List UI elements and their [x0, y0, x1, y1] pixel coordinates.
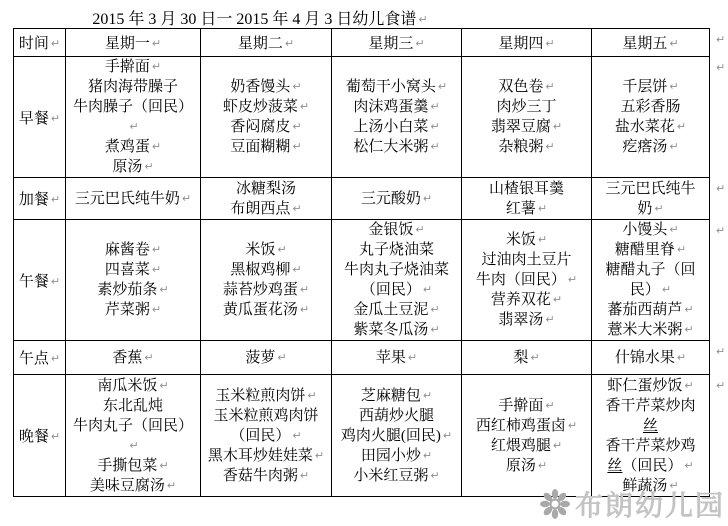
dish-line: 米饭↵: [464, 230, 589, 250]
dish-line: 糖醋里脊↵: [594, 240, 707, 260]
dish-line: 三元酸奶↵: [334, 189, 459, 209]
cell-afternoon-snack-thursday: 梨↵: [462, 341, 592, 375]
dish-line: 玉米粒煎肉饼↵: [203, 386, 329, 406]
dish-line: 香菇牛肉粥↵: [203, 466, 329, 486]
paragraph-mark: ↵: [152, 243, 161, 256]
paragraph-mark: ↵: [292, 120, 301, 133]
paragraph-mark: ↵: [152, 37, 161, 50]
paragraph-mark: ↵: [684, 323, 693, 336]
dish-line: 原汤↵: [464, 456, 589, 476]
dish-line: 什锦水果↵: [594, 348, 707, 368]
dish-line: 葡萄干小窝头↵: [334, 77, 459, 97]
paragraph-mark: ↵: [152, 60, 161, 73]
paragraph-mark: ↵: [423, 449, 432, 462]
dish-line: 菠萝↵: [203, 348, 329, 368]
dish-line: 美味豆腐汤↵: [68, 476, 198, 496]
dish-line: 红薯↵: [464, 199, 589, 219]
paragraph-mark: ↵: [292, 140, 301, 153]
header-row: 时间↵星期一↵星期二↵星期三↵星期四↵星期五↵: [14, 29, 710, 57]
dish-line: 松仁大米粥↵: [334, 137, 459, 157]
dish-line: 米饭↵: [203, 240, 329, 260]
paragraph-mark: ↵: [129, 439, 138, 452]
dish-line: 苹果↵: [334, 348, 459, 368]
dish-line: 杂粮粥↵: [464, 137, 589, 157]
paragraph-mark: ↵: [277, 351, 286, 364]
paragraph-mark: ↵: [423, 192, 432, 205]
paragraph-mark: ↵: [300, 100, 309, 113]
cell-lunch-friday: 小馒头↵糖醋里脊↵糖醋丸子（回民）↵蕃茄西葫芦↵薏米大米粥↵: [592, 220, 710, 341]
cell-afternoon-snack-tuesday: 菠萝↵: [201, 341, 332, 375]
dish-line: 鸡肉火腿(回民)↵: [334, 426, 459, 446]
paragraph-mark: ↵: [300, 283, 309, 296]
paragraph-mark: ↵: [152, 303, 161, 316]
dish-line: 牛肉臊子（回民）↵: [68, 97, 198, 137]
paragraph-mark: ↵: [159, 283, 168, 296]
paragraph-mark: ↵: [51, 193, 60, 206]
dish-line: （回民）↵: [334, 280, 459, 300]
cell-breakfast-monday: 手擀面↵猪肉海带臊子牛肉臊子（回民）↵煮鸡蛋↵原汤↵: [66, 57, 201, 178]
paragraph-mark: ↵: [159, 379, 168, 392]
paragraph-mark: ↵: [684, 379, 693, 392]
dish-line: 原汤↵: [68, 157, 198, 177]
row-label-dinner: 晚餐↵: [14, 375, 66, 497]
dish-line: 芝麻糖包↵: [334, 386, 459, 406]
paragraph-mark: ↵: [684, 303, 693, 316]
dish-line: 红煨鸡腿↵: [464, 436, 589, 456]
dish-line: 千层饼↵: [594, 77, 707, 97]
dish-line: 虾仁蛋炒饭↵: [594, 376, 707, 396]
paragraph-mark: ↵: [654, 202, 663, 215]
cell-dinner-thursday: 手擀面↵西红柿鸡蛋卤↵红煨鸡腿↵原汤↵: [462, 375, 592, 497]
dish-line: 黑木耳炒娃娃菜↵: [203, 446, 329, 466]
paragraph-mark: ↵: [51, 112, 60, 125]
menu-row-dinner: 晚餐↵南瓜米饭↵东北乱炖牛肉丸子（回民）↵手撕包菜↵美味豆腐汤↵玉米粒煎肉饼↵玉…: [14, 375, 710, 497]
menu-table-header: 时间↵星期一↵星期二↵星期三↵星期四↵星期五↵: [14, 29, 710, 57]
dish-line: 丝（回民）↵: [594, 456, 707, 476]
underlined-text: 丝: [643, 418, 658, 434]
dish-line: 翡翠豆腐↵: [464, 117, 589, 137]
menu-row-afternoon-snack: 午点↵香蕉↵菠萝↵苹果↵梨↵什锦水果↵: [14, 341, 710, 375]
paragraph-mark: ↵: [716, 61, 725, 74]
dish-line: 翡翠汤↵: [464, 310, 589, 330]
dish-line: 丸子烧油菜: [334, 240, 459, 260]
dish-line: 西葫炒火腿: [334, 406, 459, 426]
paragraph-mark: ↵: [285, 37, 294, 50]
dish-line: 小米红豆粥↵: [334, 466, 459, 486]
paragraph-mark: ↵: [677, 243, 686, 256]
dish-line: 黑椒鸡柳↵: [203, 260, 329, 280]
paragraph-mark: ↵: [277, 243, 286, 256]
paragraph-mark: ↵: [167, 479, 176, 492]
dish-line: 牛肉丸子烧油菜: [334, 260, 459, 280]
dish-line: 煮鸡蛋↵: [68, 137, 198, 157]
cell-morning-snack-thursday: 山楂银耳羹红薯↵: [462, 178, 592, 220]
paragraph-mark: ↵: [545, 313, 554, 326]
dish-line: 双色卷↵: [464, 77, 589, 97]
dish-line: 黄瓜蛋花汤↵: [203, 300, 329, 320]
col-header-monday: 星期一↵: [66, 29, 201, 57]
dish-line: 香干芹菜炒鸡: [594, 436, 707, 456]
dish-line: 手撕包菜↵: [68, 456, 198, 476]
kindergarten-logo-icon: [539, 488, 571, 520]
paragraph-mark: ↵: [443, 429, 452, 442]
dish-line: 麻酱卷↵: [68, 240, 198, 260]
col-header-wednesday: 星期三↵: [332, 29, 462, 57]
menu-table-body: 早餐↵手擀面↵猪肉海带臊子牛肉臊子（回民）↵煮鸡蛋↵原汤↵奶香馒头↵虾皮炒菠菜↵…: [14, 57, 710, 497]
paragraph-mark: ↵: [159, 459, 168, 472]
paragraph-mark: ↵: [292, 80, 301, 93]
paragraph-mark: ↵: [430, 323, 439, 336]
cell-lunch-tuesday: 米饭↵黑椒鸡柳↵蒜苔炒鸡蛋↵黄瓜蛋花汤↵: [201, 220, 332, 341]
dish-line: 手擀面↵: [68, 57, 198, 77]
paragraph-mark: ↵: [307, 389, 316, 402]
paragraph-mark: ↵: [415, 37, 424, 50]
paragraph-mark: ↵: [684, 459, 693, 472]
cell-lunch-thursday: 米饭↵过油肉土豆片牛肉（回民）↵营养双花↵翡翠汤↵: [462, 220, 592, 341]
menu-row-lunch: 午餐↵麻酱卷↵四喜菜↵素炒茄条↵芹菜粥↵米饭↵黑椒鸡柳↵蒜苔炒鸡蛋↵黄瓜蛋花汤↵…: [14, 220, 710, 341]
dish-line: 田园小炒↵: [334, 446, 459, 466]
cell-morning-snack-tuesday: 冰糖梨汤布朗西点↵: [201, 178, 332, 220]
dish-line: 豆面糊糊↵: [203, 137, 329, 157]
dish-line: 香闷腐皮↵: [203, 117, 329, 137]
paragraph-mark: ↵: [423, 389, 432, 402]
paragraph-mark: ↵: [51, 430, 60, 443]
paragraph-mark: ↵: [677, 120, 686, 133]
paragraph-mark: ↵: [545, 37, 554, 50]
dish-line: 金银饭↵: [334, 220, 459, 240]
dish-line: 山楂银耳羹: [464, 179, 589, 199]
paragraph-mark: ↵: [430, 140, 439, 153]
watermark: 布朗幼儿园: [539, 484, 725, 524]
paragraph-mark: ↵: [716, 379, 725, 392]
dish-line: 民）↵: [594, 280, 707, 300]
cell-dinner-monday: 南瓜米饭↵东北乱炖牛肉丸子（回民）↵手撕包菜↵美味豆腐汤↵: [66, 375, 201, 497]
document-title-text: 2015 年 3 月 30 日一 2015 年 4 月 3 日幼儿食谱: [92, 11, 416, 28]
dish-line: 梨↵: [464, 348, 589, 368]
dish-line: 五彩香肠: [594, 97, 707, 117]
dish-line: 芹菜粥↵: [68, 300, 198, 320]
paragraph-mark: ↵: [144, 160, 153, 173]
menu-table: 时间↵星期一↵星期二↵星期三↵星期四↵星期五↵ 早餐↵手擀面↵猪肉海带臊子牛肉臊…: [13, 28, 710, 497]
paragraph-mark: ↵: [144, 351, 153, 364]
dish-line: 小馒头↵: [594, 220, 707, 240]
paragraph-mark: ↵: [292, 429, 301, 442]
paragraph-mark: ↵: [182, 192, 191, 205]
dish-line: 三元巴氏纯牛奶↵: [68, 189, 198, 209]
paragraph-mark: ↵: [530, 351, 539, 364]
paragraph-mark: ↵: [545, 80, 554, 93]
paragraph-mark: ↵: [423, 283, 432, 296]
underlined-text: 丝: [607, 458, 622, 474]
paragraph-mark: ↵: [669, 37, 678, 50]
dish-line: 盐水菜花↵: [594, 117, 707, 137]
paragraph-mark: ↵: [292, 202, 301, 215]
col-header-friday: 星期五↵: [592, 29, 710, 57]
dish-line: 肉沫鸡蛋羹↵: [334, 97, 459, 117]
paragraph-mark: ↵: [430, 469, 439, 482]
dish-line: 玉米粒煎鸡肉饼: [203, 406, 329, 426]
dish-line: 东北乱炖: [68, 396, 198, 416]
paragraph-mark: ↵: [669, 80, 678, 93]
cell-lunch-wednesday: 金银饭↵丸子烧油菜牛肉丸子烧油菜（回民）↵金瓜土豆泥↵紫菜冬瓜汤↵: [332, 220, 462, 341]
row-label-breakfast: 早餐↵: [14, 57, 66, 178]
dish-line: 营养双花↵: [464, 290, 589, 310]
cell-dinner-tuesday: 玉米粒煎肉饼↵玉米粒煎鸡肉饼（回民）↵黑木耳炒娃娃菜↵香菇牛肉粥↵: [201, 375, 332, 497]
paragraph-mark: ↵: [300, 469, 309, 482]
cell-morning-snack-wednesday: 三元酸奶↵: [332, 178, 462, 220]
paragraph-mark: ↵: [716, 182, 725, 195]
paragraph-mark: ↵: [129, 120, 138, 133]
paragraph-mark: ↵: [545, 140, 554, 153]
dish-line: 西红柿鸡蛋卤↵: [464, 416, 589, 436]
dish-line: 薏米大米粥↵: [594, 320, 707, 340]
dish-line: 三元巴氏纯牛: [594, 179, 707, 199]
paragraph-mark: ↵: [300, 303, 309, 316]
paragraph-mark: ↵: [538, 459, 547, 472]
cell-afternoon-snack-monday: 香蕉↵: [66, 341, 201, 375]
cell-afternoon-snack-friday: 什锦水果↵: [592, 341, 710, 375]
dish-line: 猪肉海带臊子: [68, 77, 198, 97]
paragraph-mark: ↵: [538, 233, 547, 246]
cell-lunch-monday: 麻酱卷↵四喜菜↵素炒茄条↵芹菜粥↵: [66, 220, 201, 341]
dish-line: 肉炒三丁: [464, 97, 589, 117]
paragraph-mark: ↵: [553, 439, 562, 452]
paragraph-mark: ↵: [677, 351, 686, 364]
dish-line: 蕃茄西葫芦↵: [594, 300, 707, 320]
paragraph-mark: ↵: [51, 275, 60, 288]
paragraph-mark: ↵: [418, 13, 427, 26]
cell-breakfast-friday: 千层饼↵五彩香肠盐水菜花↵疙瘩汤↵: [592, 57, 710, 178]
col-header-thursday: 星期四↵: [462, 29, 592, 57]
paragraph-mark: ↵: [553, 293, 562, 306]
cell-breakfast-tuesday: 奶香馒头↵虾皮炒菠菜↵香闷腐皮↵豆面糊糊↵: [201, 57, 332, 178]
row-label-morning-snack: 加餐↵: [14, 178, 66, 220]
paragraph-mark: ↵: [553, 120, 562, 133]
col-header-time: 时间↵: [14, 29, 66, 57]
dish-line: 金瓜土豆泥↵: [334, 300, 459, 320]
dish-line: 上汤小白菜↵: [334, 117, 459, 137]
paragraph-mark: ↵: [438, 80, 447, 93]
paragraph-mark: ↵: [716, 224, 725, 237]
watermark-text: 布朗幼儿园: [575, 484, 725, 524]
dish-line: 四喜菜↵: [68, 260, 198, 280]
dish-line: 奶香馒头↵: [203, 77, 329, 97]
paragraph-mark: ↵: [408, 351, 417, 364]
dish-line: 牛肉（回民）↵: [464, 270, 589, 290]
dish-line: 香蕉↵: [68, 348, 198, 368]
dish-line: 布朗西点↵: [203, 199, 329, 219]
paragraph-mark: ↵: [669, 140, 678, 153]
paragraph-mark: ↵: [51, 352, 60, 365]
paragraph-mark: ↵: [545, 399, 554, 412]
paragraph-mark: ↵: [152, 263, 161, 276]
paragraph-mark: ↵: [568, 273, 577, 286]
dish-line: （回民）↵: [203, 426, 329, 446]
paragraph-mark: ↵: [51, 37, 60, 50]
dish-line: 牛肉丸子（回民）↵: [68, 416, 198, 456]
dish-line: 过油肉土豆片: [464, 250, 589, 270]
dish-line: 南瓜米饭↵: [68, 376, 198, 396]
menu-row-morning-snack: 加餐↵三元巴氏纯牛奶↵冰糖梨汤布朗西点↵三元酸奶↵山楂银耳羹红薯↵三元巴氏纯牛奶…: [14, 178, 710, 220]
menu-row-breakfast: 早餐↵手擀面↵猪肉海带臊子牛肉臊子（回民）↵煮鸡蛋↵原汤↵奶香馒头↵虾皮炒菠菜↵…: [14, 57, 710, 178]
paragraph-mark: ↵: [292, 263, 301, 276]
paragraph-mark: ↵: [415, 223, 424, 236]
document-title: 2015 年 3 月 30 日一 2015 年 4 月 3 日幼儿食谱↵: [0, 6, 520, 29]
paragraph-mark: ↵: [538, 202, 547, 215]
dish-line: 疙瘩汤↵: [594, 137, 707, 157]
cell-afternoon-snack-wednesday: 苹果↵: [332, 341, 462, 375]
cell-morning-snack-monday: 三元巴氏纯牛奶↵: [66, 178, 201, 220]
paragraph-mark: ↵: [315, 449, 324, 462]
row-label-afternoon-snack: 午点↵: [14, 341, 66, 375]
col-header-tuesday: 星期二↵: [201, 29, 332, 57]
paragraph-mark: ↵: [430, 303, 439, 316]
cell-dinner-wednesday: 芝麻糖包↵西葫炒火腿鸡肉火腿(回民)↵田园小炒↵小米红豆粥↵: [332, 375, 462, 497]
paragraph-mark: ↵: [716, 345, 725, 358]
dish-line: 虾皮炒菠菜↵: [203, 97, 329, 117]
dish-line: 手擀面↵: [464, 396, 589, 416]
cell-dinner-friday: 虾仁蛋炒饭↵香干芹菜炒肉丝香干芹菜炒鸡丝（回民）↵鲜蔬汤↵: [592, 375, 710, 497]
dish-line: 丝: [594, 416, 707, 436]
dish-line: 蒜苔炒鸡蛋↵: [203, 280, 329, 300]
cell-morning-snack-friday: 三元巴氏纯牛奶↵: [592, 178, 710, 220]
dish-line: 糖醋丸子（回: [594, 260, 707, 280]
paragraph-mark: ↵: [662, 283, 671, 296]
paragraph-mark: ↵: [430, 120, 439, 133]
dish-line: 素炒茄条↵: [68, 280, 198, 300]
row-label-lunch: 午餐↵: [14, 220, 66, 341]
cell-breakfast-thursday: 双色卷↵肉炒三丁翡翠豆腐↵杂粮粥↵: [462, 57, 592, 178]
dish-line: 奶↵: [594, 199, 707, 219]
dish-line: 冰糖梨汤: [203, 179, 329, 199]
dish-line: 香干芹菜炒肉: [594, 396, 707, 416]
dish-line: 紫菜冬瓜汤↵: [334, 320, 459, 340]
paragraph-mark: ↵: [152, 140, 161, 153]
paragraph-mark: ↵: [430, 100, 439, 113]
paragraph-mark: ↵: [669, 223, 678, 236]
cell-breakfast-wednesday: 葡萄干小窝头↵肉沫鸡蛋羹↵上汤小白菜↵松仁大米粥↵: [332, 57, 462, 178]
paragraph-mark: ↵: [716, 33, 725, 46]
paragraph-mark: ↵: [568, 419, 577, 432]
